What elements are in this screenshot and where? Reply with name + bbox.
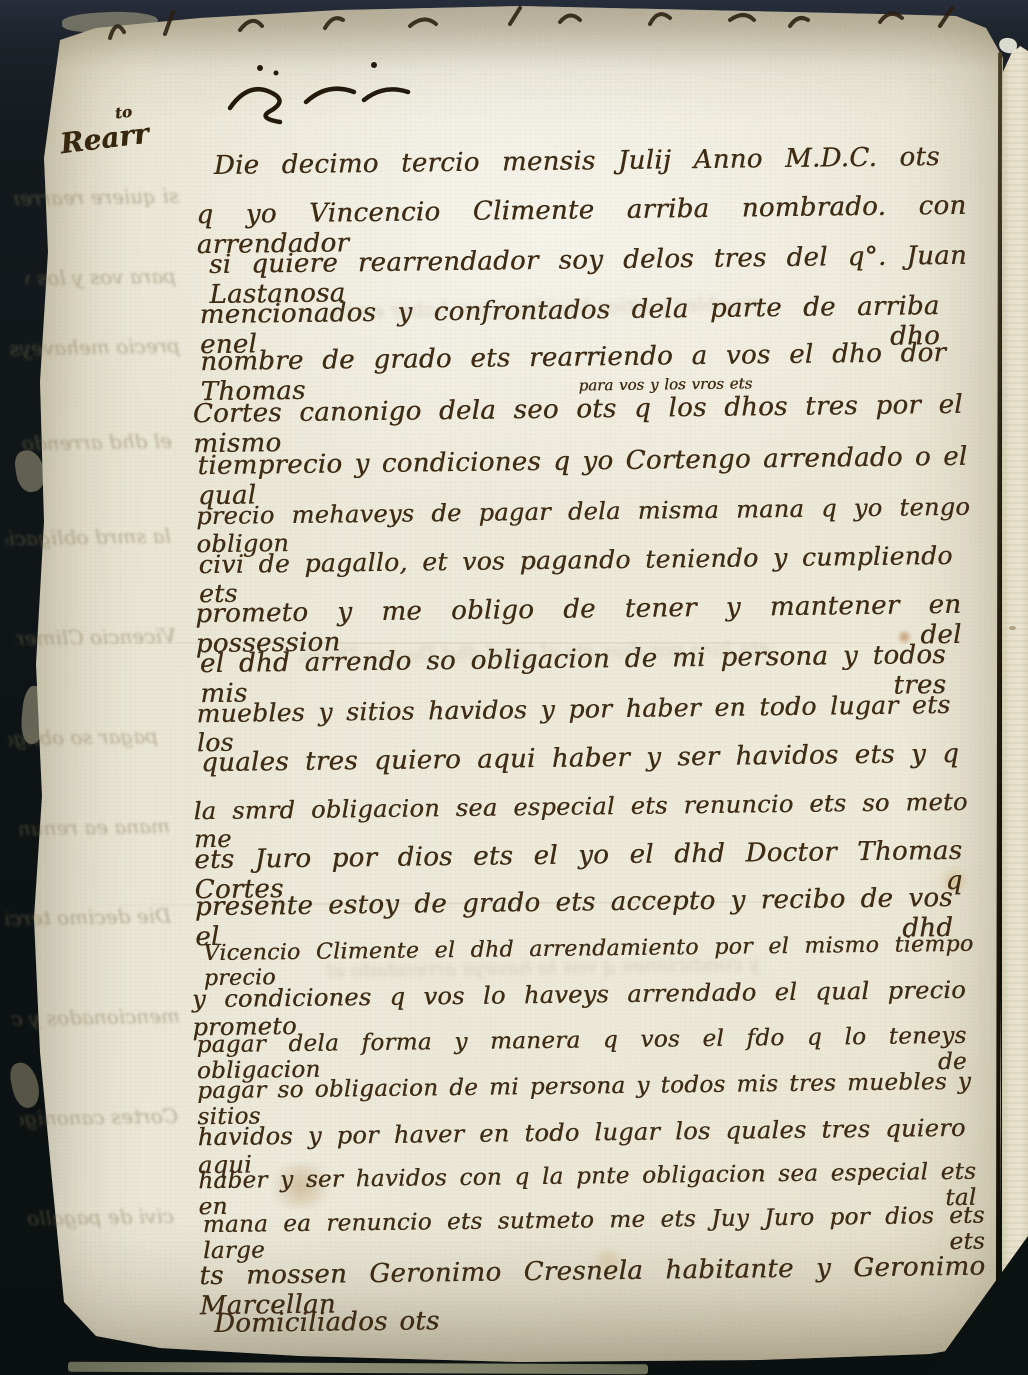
manuscript-photograph: si quiere rearrendador soy delos tres de… (0, 0, 1028, 1375)
manuscript-text-line: Die decimo tercio mensis Julij Anno M.D.… (214, 143, 940, 182)
manuscript-text-line: Domiciliados ots (214, 1307, 440, 1340)
manuscript-text-block: Die decimo tercio mensis Julij Anno M.D.… (0, 0, 1028, 1375)
